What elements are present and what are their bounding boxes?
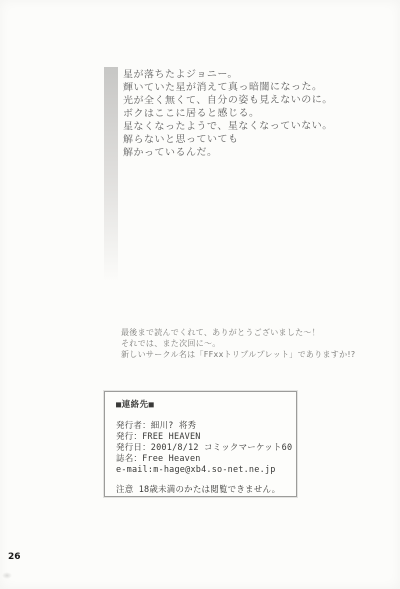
page-number: 26: [8, 552, 21, 562]
poem-line: 星が落ちたよジョニー。: [123, 67, 333, 81]
doujinshi-afterword-page: 星が落ちたよジョニー。 輝いていた星が消えて真っ暗闇になった。 光が全く無くて、…: [0, 0, 400, 589]
poem-line: 解らないと思っていても: [123, 132, 333, 146]
handwritten-poem: 星が落ちたよジョニー。 輝いていた星が消えて真っ暗闇になった。 光が全く無くて、…: [123, 68, 333, 159]
afterword-line: 新しいサークル名は「FFxxトリプルプレット」でありますか!?: [121, 349, 355, 360]
age-restriction-notice: 注意 18歳未満のかたは閲覧できません。: [116, 485, 296, 496]
scan-smudge: [2, 572, 12, 579]
publisher-row: 発行者：細川? 将秀: [116, 421, 296, 432]
poem-line: 解かっているんだ。: [123, 145, 333, 159]
poem-line: 輝いていた星が消えて真っ暗闇になった。: [123, 80, 333, 94]
poem-line: 星なくなったようで、星なくなっていない。: [123, 119, 333, 133]
book-title-row: 誌名：Free Heaven: [116, 454, 296, 465]
gradient-tone-bar: [104, 67, 118, 282]
email-row: e-mail:m-hage@xb4.so-net.ne.jp: [116, 465, 296, 476]
afterword-line: 最後まで読んでくれて、ありがとうございました〜！: [121, 327, 355, 338]
poem-line: ボクはここに居ると感じる。: [123, 106, 333, 120]
contact-box-title: ■連絡先■: [116, 400, 296, 411]
poem-line: 光が全く無くて、自分の姿も見えないのに。: [123, 93, 333, 107]
publication-date-row: 発行日：2001/8/12 コミックマーケット60: [116, 443, 296, 454]
colophon-contact-box: ■連絡先■ 発行者：細川? 将秀 発行：FREE HEAVEN 発行日：2001…: [104, 391, 297, 497]
afterword-line: それでは、また次回に〜。: [121, 338, 355, 349]
circle-row: 発行：FREE HEAVEN: [116, 432, 296, 443]
handwritten-afterword: 最後まで読んでくれて、ありがとうございました〜！ それでは、また次回に〜。 新し…: [121, 327, 355, 360]
